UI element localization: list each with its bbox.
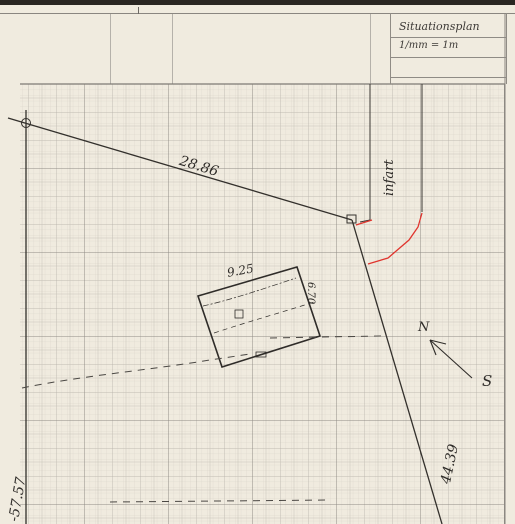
title-divider bbox=[391, 57, 506, 58]
plan-scale: 1/mm = 1m bbox=[399, 40, 458, 51]
south-label: S bbox=[482, 372, 492, 390]
title-block: Situationsplan 1/mm = 1m bbox=[390, 13, 507, 84]
driveway-label: infart bbox=[382, 159, 397, 196]
title-divider bbox=[391, 37, 506, 38]
plan-title: Situationsplan bbox=[399, 20, 480, 33]
house-width: 6.70 bbox=[305, 282, 316, 304]
north-label: N bbox=[418, 320, 429, 335]
title-divider bbox=[391, 77, 506, 78]
site-plan-sheet: Situationsplan 1/mm = 1m 28.86 9.25 6.70… bbox=[0, 0, 515, 524]
